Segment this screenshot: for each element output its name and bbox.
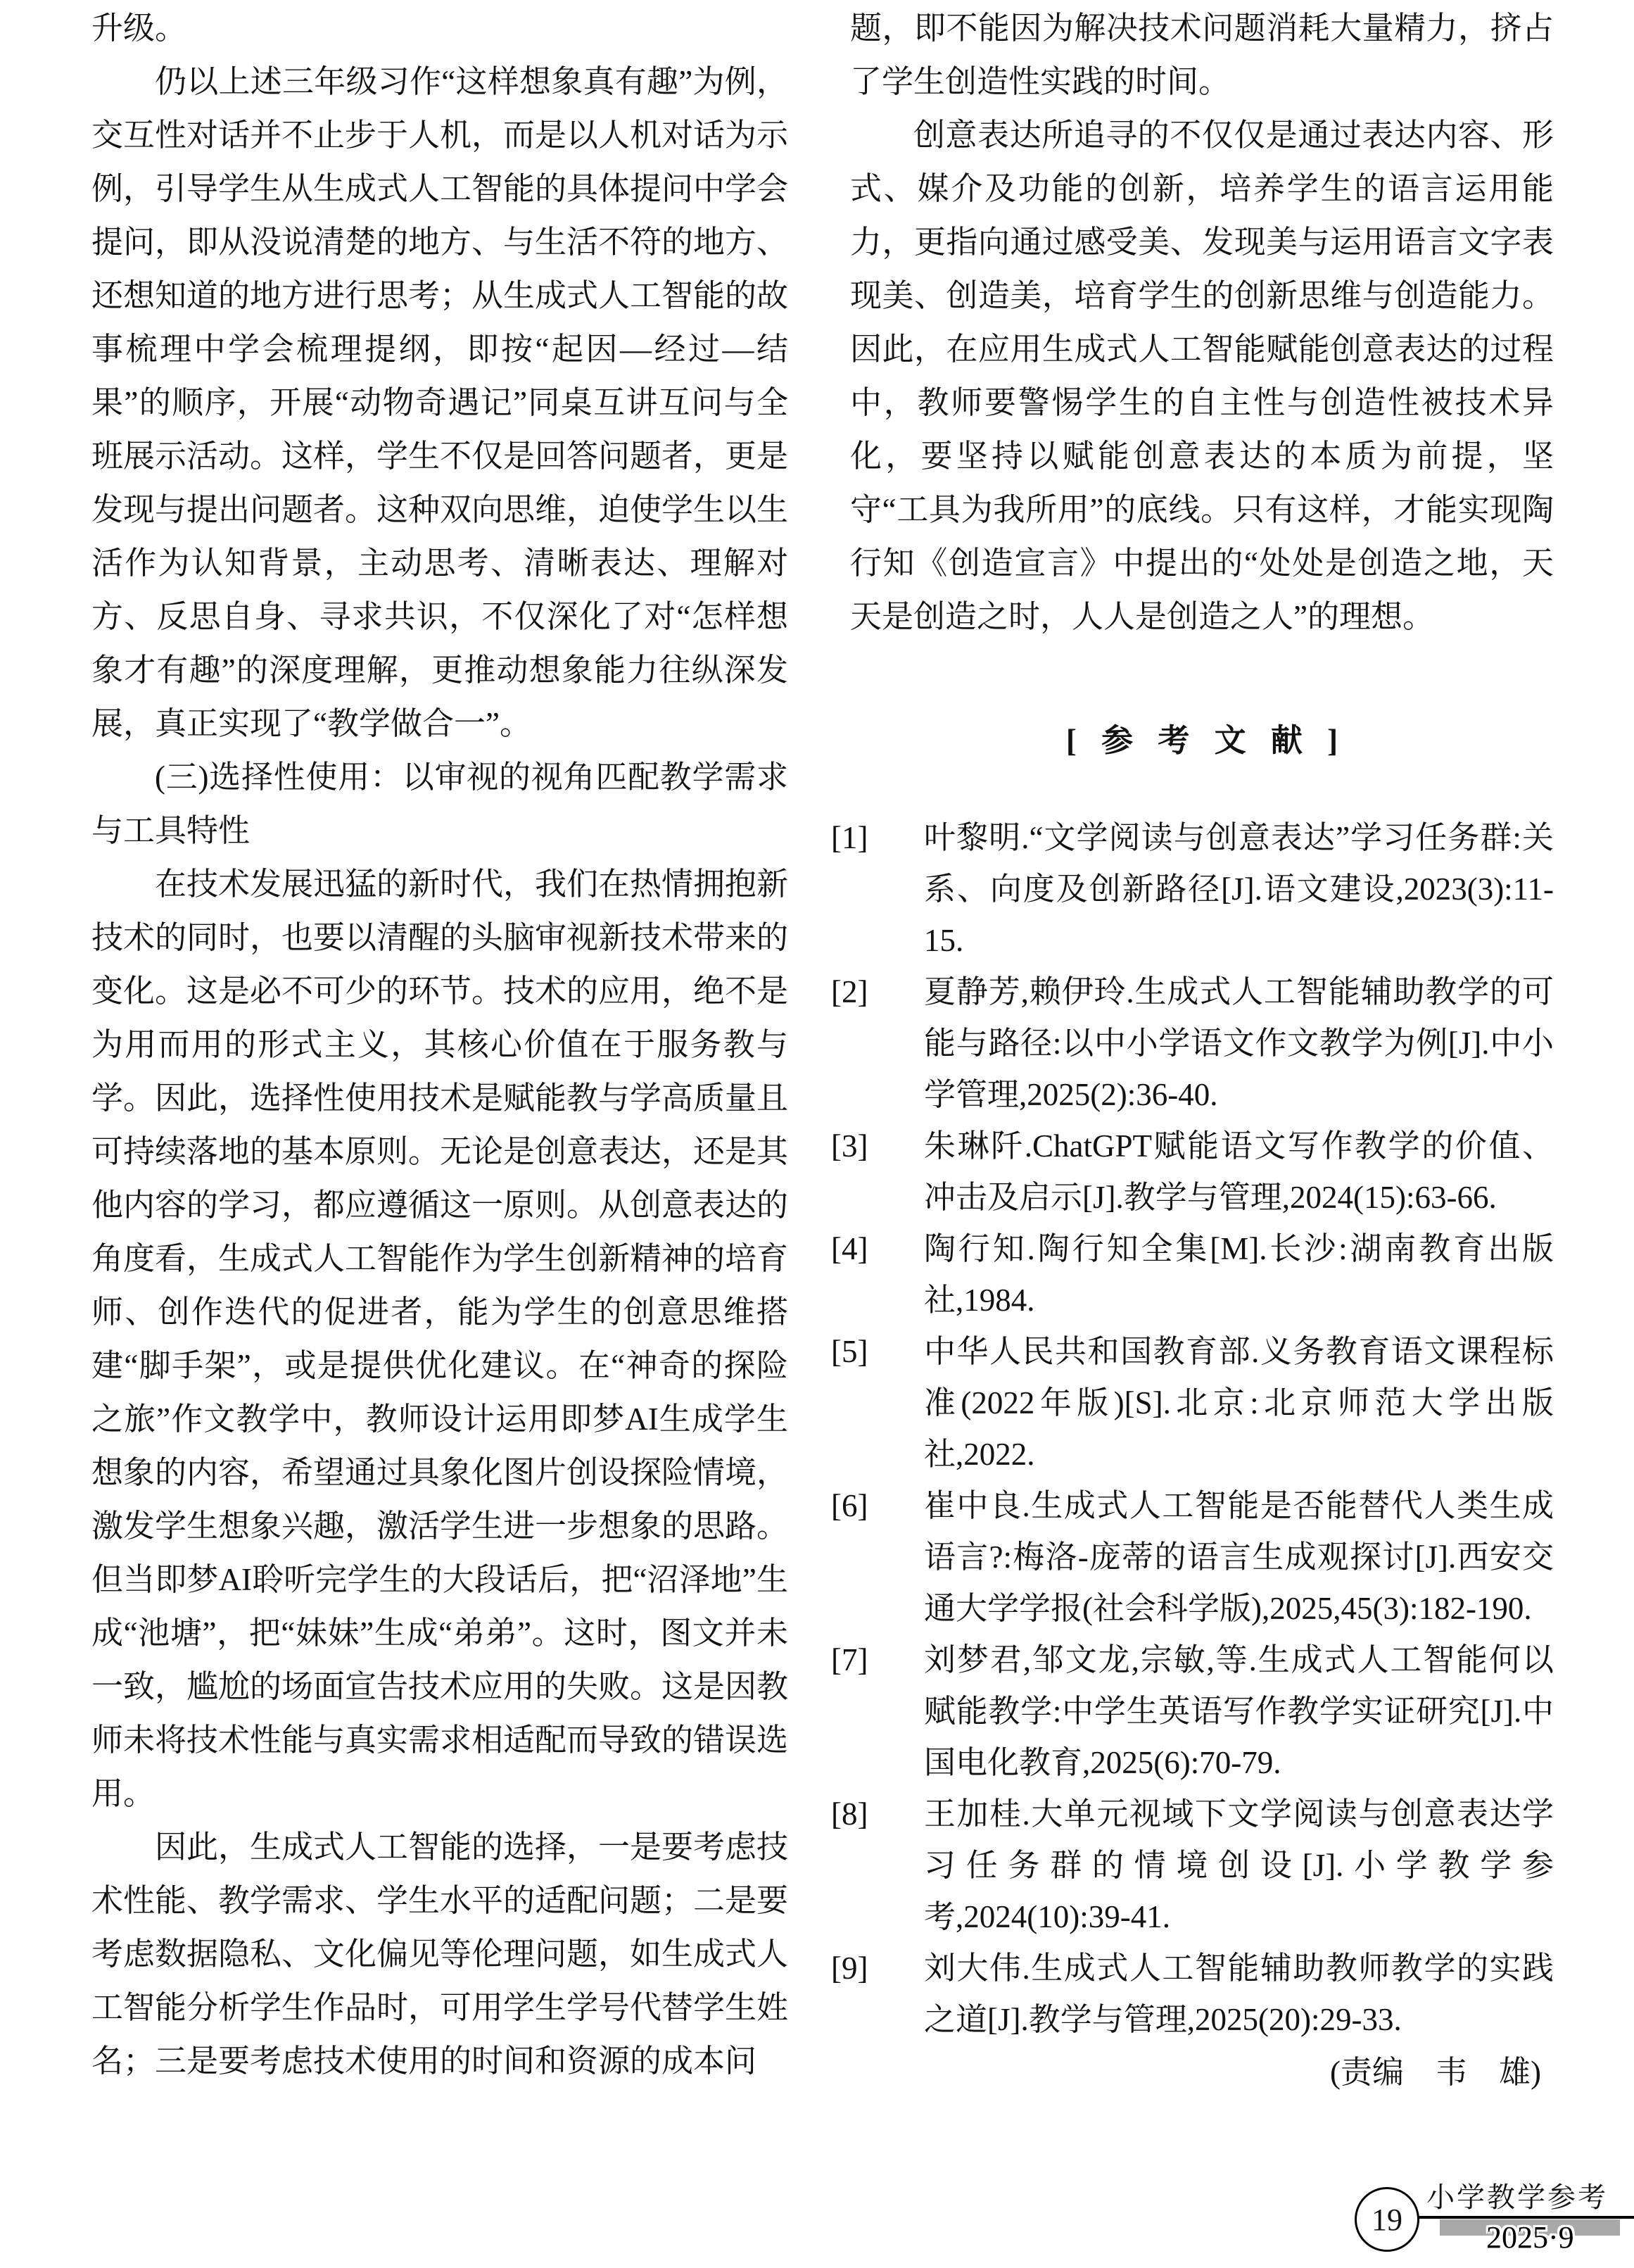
footer-rule — [1385, 2216, 1634, 2219]
body-paragraph: 创意表达所追寻的不仅仅是通过表达内容、形式、媒介及功能的创新，培养学生的语言运用… — [850, 108, 1554, 643]
body-paragraph: 因此，生成式人工智能的选择，一是要考虑技术性能、教学需求、学生水平的适配问题；二… — [91, 1820, 788, 2088]
reference-item: [2] 夏静芳,赖伊玲.生成式人工智能辅助教学的可能与路径:以中小学语文作文教学… — [831, 966, 1554, 1121]
reference-number: [4] — [831, 1223, 868, 1275]
reference-item: [1] 叶黎明.“文学阅读与创意表达”学习任务群:关系、向度及创新路径[J].语… — [831, 812, 1554, 966]
page-number: 19 — [1372, 2202, 1402, 2238]
reference-number: [8] — [831, 1789, 868, 1840]
section-heading: (三)选择性使用：以审视的视角匹配教学需求与工具特性 — [91, 750, 788, 857]
reference-item: [5] 中华人民共和国教育部.义务教育语文课程标准(2022年版)[S].北京:… — [831, 1326, 1554, 1480]
reference-number: [5] — [831, 1326, 868, 1378]
references-heading: [ 参 考 文 献 ] — [850, 714, 1554, 767]
reference-text: 王加桂.大单元视域下文学阅读与创意表达学习任务群的情境创设[J].小学教学参考,… — [924, 1796, 1554, 1934]
journal-name: 小学教学参考 — [1426, 2182, 1608, 2213]
left-column: 升级。 仍以上述三年级习作“这样想象真有趣”为例，交互性对话并不止步于人机，而是… — [91, 1, 788, 2088]
reference-text: 刘梦君,邹文龙,宗敏,等.生成式人工智能何以赋能教学:中学生英语写作教学实证研究… — [924, 1642, 1554, 1780]
reference-number: [1] — [831, 812, 868, 864]
reference-text: 中华人民共和国教育部.义务教育语文课程标准(2022年版)[S].北京:北京师范… — [924, 1334, 1554, 1472]
issue-number: 2025·9 — [1486, 2222, 1574, 2254]
body-paragraph: 仍以上述三年级习作“这样想象真有趣”为例，交互性对话并不止步于人机，而是以人机对… — [91, 55, 788, 750]
reference-item: [7] 刘梦君,邹文龙,宗敏,等.生成式人工智能何以赋能教学:中学生英语写作教学… — [831, 1634, 1554, 1789]
reference-number: [6] — [831, 1480, 868, 1532]
body-paragraph: 在技术发展迅猛的新时代，我们在热情拥抱新技术的同时，也要以清醒的头脑审视新技术带… — [91, 857, 788, 1820]
reference-item: [4] 陶行知.陶行知全集[M].长沙:湖南教育出版社,1984. — [831, 1223, 1554, 1326]
reference-item: [9] 刘大伟.生成式人工智能辅助教师教学的实践之道[J].教学与管理,2025… — [831, 1943, 1554, 2046]
reference-number: [7] — [831, 1634, 868, 1686]
paragraph-continuation: 升级。 — [91, 1, 788, 55]
reference-text: 刘大伟.生成式人工智能辅助教师教学的实践之道[J].教学与管理,2025(20)… — [924, 1951, 1554, 2037]
reference-text: 崔中良.生成式人工智能是否能替代人类生成语言?:梅洛-庞蒂的语言生成观探讨[J]… — [924, 1488, 1554, 1626]
reference-item: [8] 王加桂.大单元视域下文学阅读与创意表达学习任务群的情境创设[J].小学教… — [831, 1789, 1554, 1943]
reference-item: [6] 崔中良.生成式人工智能是否能替代人类生成语言?:梅洛-庞蒂的语言生成观探… — [831, 1480, 1554, 1634]
reference-number: [3] — [831, 1121, 868, 1172]
page-number-badge: 19 — [1355, 2187, 1419, 2252]
journal-page: 升级。 仍以上述三年级习作“这样想象真有趣”为例，交互性对话并不止步于人机，而是… — [0, 0, 1634, 2268]
reference-text: 朱琳阡.ChatGPT赋能语文写作教学的价值、冲击及启示[J].教学与管理,20… — [924, 1128, 1554, 1215]
reference-item: [3] 朱琳阡.ChatGPT赋能语文写作教学的价值、冲击及启示[J].教学与管… — [831, 1121, 1554, 1223]
reference-text: 陶行知.陶行知全集[M].长沙:湖南教育出版社,1984. — [924, 1231, 1554, 1318]
reference-number: [2] — [831, 966, 868, 1018]
paragraph-continuation: 题，即不能因为解决技术问题消耗大量精力，挤占了学生创造性实践的时间。 — [850, 1, 1554, 108]
reference-text: 叶黎明.“文学阅读与创意表达”学习任务群:关系、向度及创新路径[J].语文建设,… — [924, 820, 1554, 958]
reference-number: [9] — [831, 1943, 868, 1994]
reference-text: 夏静芳,赖伊玲.生成式人工智能辅助教学的可能与路径:以中小学语文作文教学为例[J… — [924, 974, 1554, 1112]
right-column: 题，即不能因为解决技术问题消耗大量精力，挤占了学生创造性实践的时间。 创意表达所… — [850, 1, 1554, 2099]
references-list: [1] 叶黎明.“文学阅读与创意表达”学习任务群:关系、向度及创新路径[J].语… — [831, 812, 1554, 2046]
editor-note: (责编 韦 雄) — [850, 2046, 1554, 2099]
